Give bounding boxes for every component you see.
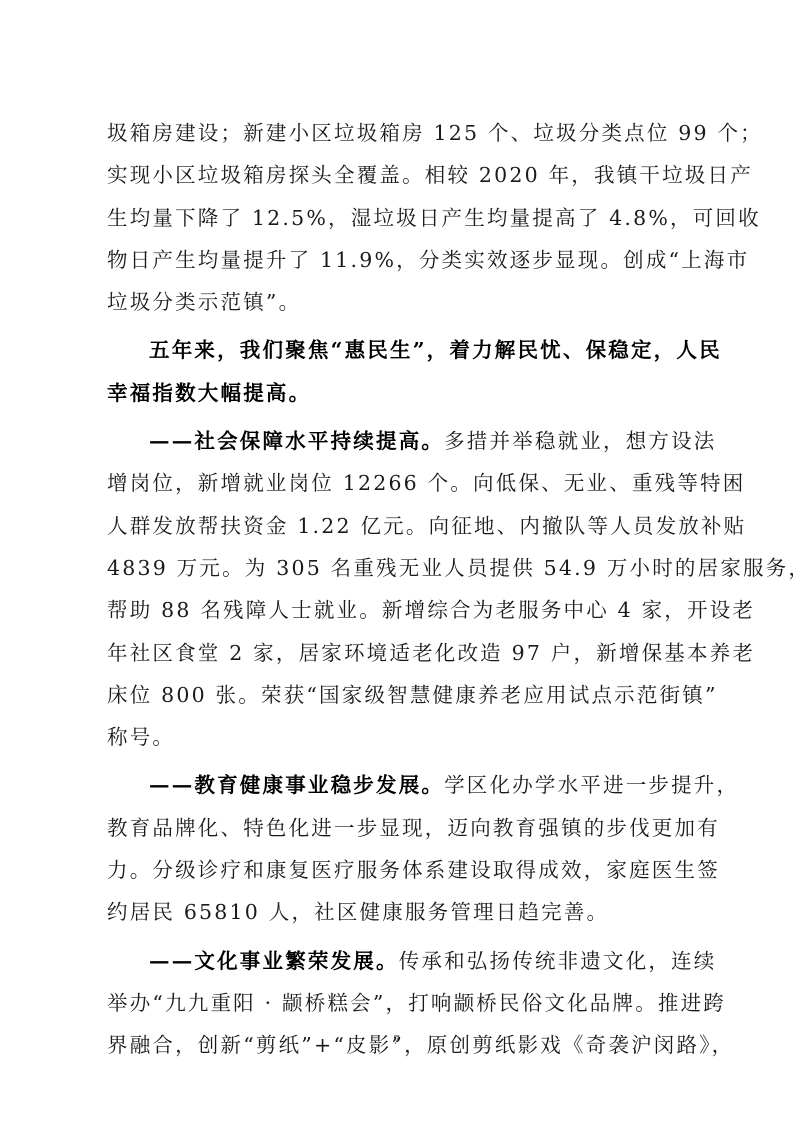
paragraph-education-health: ——教育健康事业稳步发展。学区化办学水平进一步提升， 教育品牌化、特色化进一步显…: [107, 764, 691, 933]
text-line: 帮助 88 名残障人士就业。新增综合为老服务中心 4 家，开设老: [107, 589, 691, 631]
text-span: 传承和弘扬传统非遗文化，连续: [399, 949, 717, 973]
text-line: ——教育健康事业稳步发展。学区化办学水平进一步提升，: [107, 764, 691, 806]
text-line: 人群发放帮扶资金 1.22 亿元。向征地、内撤队等人员发放补贴: [107, 505, 691, 547]
text-line: 举办“九九重阳 · 颛桥糕会”，打响颛桥民俗文化品牌。推进跨: [107, 982, 691, 1024]
text-line: 实现小区垃圾箱房探头全覆盖。相较 2020 年，我镇干垃圾日产: [107, 154, 691, 196]
text-span: 多措并举稳就业，想方设法: [444, 429, 716, 453]
text-line: ——社会保障水平持续提高。多措并举稳就业，想方设法: [107, 420, 691, 462]
document-page: 圾箱房建设；新建小区垃圾箱房 125 个、垃圾分类点位 99 个； 实现小区垃圾…: [107, 112, 691, 1067]
text-line: 生均量下降了 12.5%，湿垃圾日产生均量提高了 4.8%，可回收: [107, 197, 691, 239]
text-line: 年社区食堂 2 家，居家环境适老化改造 97 户，新增保基本养老: [107, 632, 691, 674]
text-line: 垃圾分类示范镇”。: [107, 281, 691, 323]
page-number: 7: [0, 1032, 793, 1048]
text-line: ——文化事业繁荣发展。传承和弘扬传统非遗文化，连续: [107, 940, 691, 982]
text-line: 床位 800 张。荣获“国家级智慧健康养老应用试点示范街镇”: [107, 674, 691, 716]
text-line: 力。分级诊疗和康复医疗服务体系建设取得成效，家庭医生签: [107, 849, 691, 891]
bold-lead: ——文化事业繁荣发展。: [149, 949, 399, 973]
paragraph-social-security: ——社会保障水平持续提高。多措并举稳就业，想方设法 增岗位，新增就业岗位 122…: [107, 420, 691, 758]
text-line: 圾箱房建设；新建小区垃圾箱房 125 个、垃圾分类点位 99 个；: [107, 112, 691, 154]
bold-lead: ——社会保障水平持续提高。: [149, 429, 444, 453]
section-heading-livelihood: 五年来，我们聚焦“惠民生”，着力解民忧、保稳定，人民 幸福指数大幅提高。: [107, 329, 691, 414]
text-line: 约居民 65810 人，社区健康服务管理日趋完善。: [107, 891, 691, 933]
text-line: 4839 万元。为 305 名重残无业人员提供 54.9 万小时的居家服务，: [107, 547, 691, 589]
text-span: 学区化办学水平进一步提升，: [444, 773, 739, 797]
heading-line: 幸福指数大幅提高。: [107, 372, 691, 414]
bold-lead: ——教育健康事业稳步发展。: [149, 773, 444, 797]
text-line: 教育品牌化、特色化进一步显现，迈向教育强镇的步伐更加有: [107, 807, 691, 849]
text-line: 称号。: [107, 716, 691, 758]
paragraph-garbage-sorting: 圾箱房建设；新建小区垃圾箱房 125 个、垃圾分类点位 99 个； 实现小区垃圾…: [107, 112, 691, 323]
heading-line: 五年来，我们聚焦“惠民生”，着力解民忧、保稳定，人民: [107, 329, 691, 371]
text-line: 增岗位，新增就业岗位 12266 个。向低保、无业、重残等特困: [107, 462, 691, 504]
text-line: 物日产生均量提升了 11.9%，分类实效逐步显现。创成“上海市: [107, 239, 691, 281]
